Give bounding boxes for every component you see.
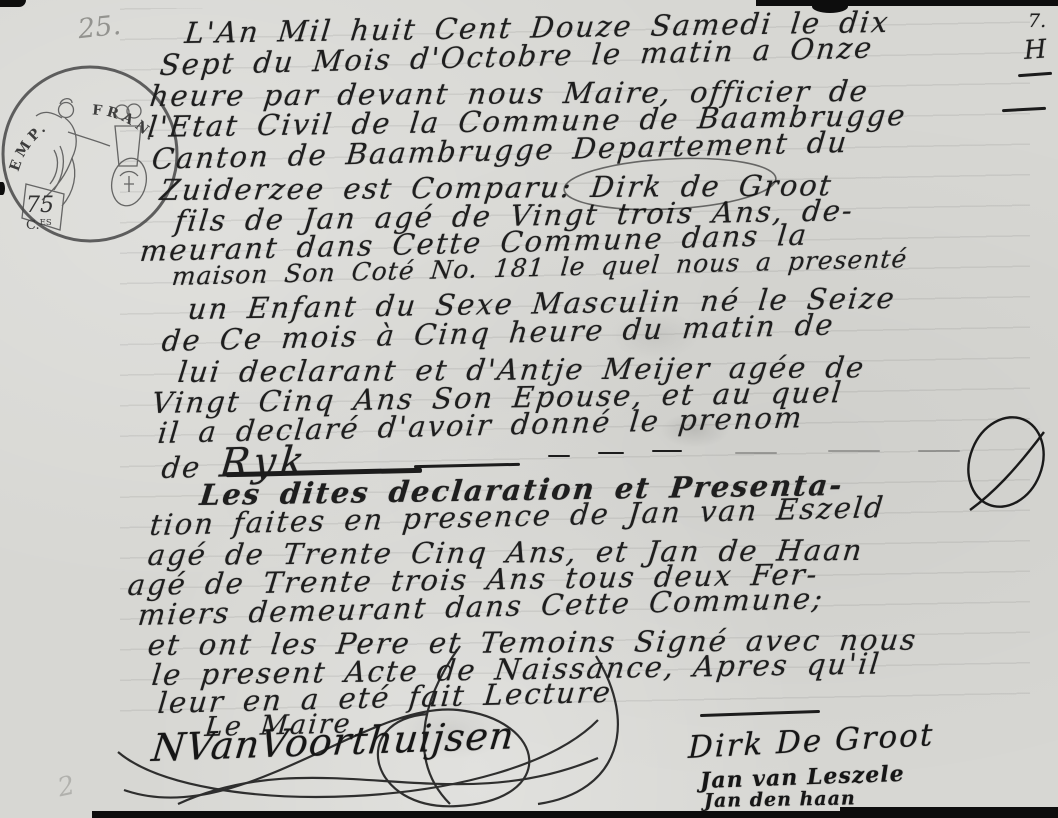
scan-edge-artifact xyxy=(756,0,1058,6)
corner-mark-number: 7. xyxy=(1028,10,1046,32)
scanned-birth-record-page: 25. 2 7. H EMP. FRAN. xyxy=(0,0,1058,818)
line-filler-dash xyxy=(735,452,777,454)
stamp-text-emp: EMP. xyxy=(7,118,52,173)
line-filler-dash xyxy=(548,455,570,457)
scan-edge-artifact xyxy=(0,0,26,7)
comparu-pen-flourish xyxy=(558,152,782,216)
margin-pen-flourish xyxy=(952,410,1056,522)
line-filler-dash xyxy=(700,710,820,717)
line-filler-dash xyxy=(652,450,682,452)
pencil-folio-number: 25. xyxy=(76,10,122,45)
corner-mark-letter: H xyxy=(1023,34,1048,66)
signature-witness-2: Jan den haan xyxy=(704,787,856,812)
line-filler-dash xyxy=(1002,107,1046,112)
stamp-value: 75 xyxy=(26,193,54,218)
line-filler-dash xyxy=(828,450,880,452)
pencil-bottom-mark: 2 xyxy=(55,771,77,804)
name-underline-stroke xyxy=(414,463,520,468)
line-filler-dash xyxy=(1018,72,1052,77)
line-filler-dash xyxy=(598,452,624,454)
signature-father: Dirk De Groot xyxy=(688,717,935,766)
scan-edge-artifact xyxy=(840,807,1058,818)
